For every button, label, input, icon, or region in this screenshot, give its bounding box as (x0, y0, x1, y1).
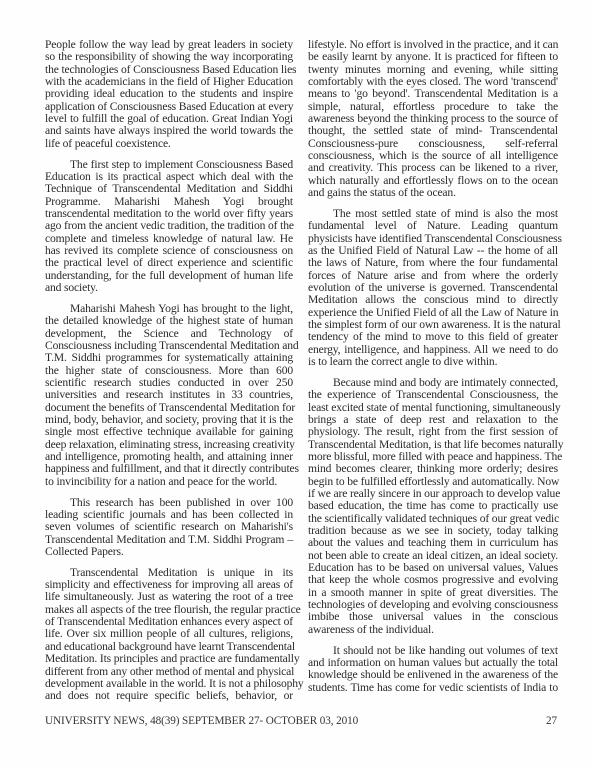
paragraph: Maharishi Mahesh Yogi has brought to the… (45, 303, 293, 488)
text-line: universities and research institutes in … (45, 389, 293, 401)
text-line: the laws of Nature, from where the four … (308, 257, 558, 269)
text-line: life simultaneously. Just as watering th… (45, 591, 293, 603)
text-line: happiness and fulfillment, and that it d… (45, 463, 293, 475)
text-line: means to 'go beyond'. Transcendental Med… (308, 88, 558, 100)
paragraph: This research has been published in over… (45, 497, 293, 559)
text-line: so the responsibility of showing the way… (45, 51, 293, 63)
text-line: single most effective technique availabl… (45, 426, 293, 438)
text-line: and society. (45, 282, 293, 294)
paragraph: The first step to implement Consciousnes… (45, 159, 293, 295)
text-line: seven volumes of scientific research on … (45, 521, 293, 533)
text-line: awareness of the individual. (308, 624, 558, 636)
text-line: life of peaceful coexistence. (45, 138, 293, 150)
text-line: students. Time has come for vedic scient… (308, 682, 558, 694)
paragraph: Because mind and body are intimately con… (308, 377, 558, 636)
text-line: knowledge should be enlivened in the awa… (308, 669, 558, 681)
text-line: providing ideal education to the student… (45, 88, 293, 100)
text-line: and does not require specific beliefs, b… (45, 690, 293, 702)
text-line: about the values and teaching them in cu… (308, 537, 558, 549)
text-line: Collected Papers. (45, 546, 293, 558)
right-column: lifestyle. No effort is involved in the … (308, 39, 558, 703)
text-line: thought, the settled state of mind- Tran… (308, 125, 558, 137)
text-line: is to learn the correct angle to dive wi… (308, 356, 558, 368)
text-line: be easily learnt by anyone. It is practi… (308, 51, 558, 63)
text-line: T.M. Siddhi programmes for systematicall… (45, 352, 293, 364)
text-line: the detailed knowledge of the highest st… (45, 315, 293, 327)
text-line: ago from the ancient vedic tradition, th… (45, 220, 293, 232)
text-line: tendency of the mind to move to this fie… (308, 331, 558, 343)
paragraph: Transcendental Meditation is unique in i… (45, 567, 293, 703)
text-line: the experience of Transcendental Conscio… (308, 389, 558, 401)
text-line: Technique of Transcendental Meditation a… (45, 183, 293, 195)
text-line: and creativity. This process can be like… (308, 162, 558, 174)
page-footer: UNIVERSITY NEWS, 48(39) SEPTEMBER 27- OC… (45, 715, 557, 727)
page-number: 27 (546, 715, 557, 727)
text-line: imbibe those universal values in the con… (308, 611, 558, 623)
paragraph: It should not be like handing out volume… (308, 645, 558, 694)
text-line: physiology. The result, right from the f… (308, 426, 558, 438)
text-line: mind becomes clearer, thinking more orde… (308, 463, 558, 475)
text-line: life. Over six million people of all cul… (45, 628, 293, 640)
text-line: Meditation allows the conscious mind to … (308, 294, 558, 306)
left-column: People follow the way lead by great lead… (45, 39, 293, 711)
document-page: People follow the way lead by great lead… (0, 0, 590, 770)
text-line: fundamental level of Nature. Leading qua… (308, 220, 558, 232)
paragraph: The most settled state of mind is also t… (308, 208, 558, 368)
text-line: and saints have always inspired the worl… (45, 125, 293, 137)
text-line: Meditation. Its principles and practice … (45, 653, 293, 665)
paragraph: People follow the way lead by great lead… (45, 39, 293, 150)
text-line: and gains the status of the ocean. (308, 187, 558, 199)
text-line: that keep the whole cosmos progressive a… (308, 574, 558, 586)
text-line: based education, the time has come to pr… (308, 500, 558, 512)
text-line: different from any other method of menta… (45, 666, 293, 678)
paragraph: lifestyle. No effort is involved in the … (308, 39, 558, 199)
text-line: to invincibility for a nation and peace … (45, 476, 293, 488)
publication-info: UNIVERSITY NEWS, 48(39) SEPTEMBER 27- OC… (45, 715, 358, 727)
text-line: the practical level of direct experience… (45, 257, 293, 269)
